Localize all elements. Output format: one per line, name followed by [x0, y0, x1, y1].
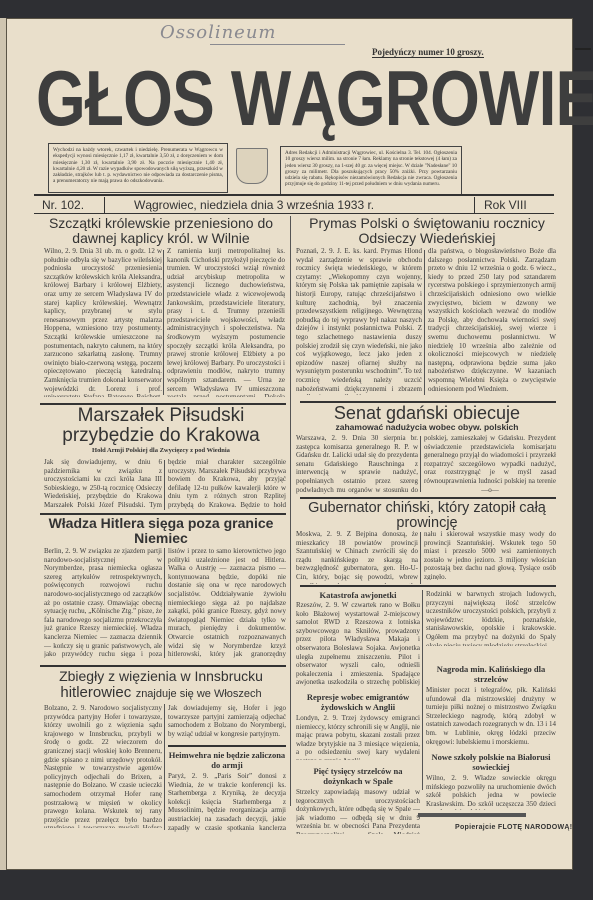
article-szczatki-col2: Z ramienia kurji metropolitalnej ks. kan… [167, 247, 285, 397]
article-hitler-col1: Berlin, 2. 9. W związku ze zjazdem partj… [44, 547, 162, 659]
issue-date: Wągrowiec, niedziela dnia 3 września 193… [134, 198, 374, 212]
date-bar: Nr. 102. Wągrowiec, niedziela dnia 3 wrz… [34, 197, 554, 213]
column-rule [424, 250, 425, 395]
headline-gubernator: Gubernator chiński, który zatopił całą p… [296, 501, 558, 531]
divider [34, 213, 554, 214]
page-marker [575, 48, 591, 50]
divider [104, 197, 105, 213]
headline-zbiegly-line1: Zbiegły z więzienia w Innsbrucku [36, 669, 286, 684]
headline-zbiegly-line2: hitlerowiec znajduje się we Włoszech [36, 685, 286, 702]
article-senat-col2: polskiej, zamieszkałej w Gdańsku. Prezyd… [424, 434, 556, 486]
article-end-mark: —o— [470, 486, 510, 495]
article-senat-col1: Warszawa, 2. 9. Dnia 30 sierpnia br. zas… [296, 434, 418, 494]
article-szkoly: Wilno, 2. 9. Władze sowieckie okręgu miń… [426, 774, 556, 810]
headline-senat: Senat gdański obiecuje [296, 404, 558, 423]
headline-szczatki: Szczątki królewskie przeniesiono do dawn… [36, 216, 286, 245]
headline-piec-tysiecy: Pięć tysięcy strzelców na dożynkach w Sp… [296, 766, 420, 786]
footer-slogan: Popierajcie FLOTĘ NARODOWĄ! [455, 824, 572, 831]
article-zbiegly-col2: Jak dowiadujemy się, Hofer i jego towarz… [168, 704, 286, 744]
article-katastrofa-col2: Rodzinki w barwnych strojach ludowych, p… [426, 590, 556, 646]
article-prymas-col1: Poznań, 2. 9. J. E. ks. kard. Prymas Hlo… [296, 247, 422, 395]
headline-pilsudski-line2: przybędzie do Krakowa [36, 426, 286, 446]
article-hitler-col2: listów i przez to samo kierownictwo jego… [168, 547, 286, 659]
issue-number: Nr. 102. [42, 198, 84, 212]
subheadline-senat: zahamować nadużycia wobec obyw. polskich [296, 423, 558, 432]
column-rule [164, 548, 165, 658]
article-szczatki-col1: Wilno, 2. 9. Dnia 31 ub. m. o godz. 12 w… [44, 247, 162, 397]
headline-heimwehra: Heimwehra nie będzie zaliczona do armji [168, 750, 286, 770]
handwritten-underline [210, 44, 345, 45]
subheadline-pilsudski: Hołd Armji Polskiej dla Zwycięzcy z pod … [36, 447, 286, 454]
headline-szkoly: Nowe szkoły polskie na Białorusi sowieck… [426, 752, 556, 772]
article-nagroda: Minister poczt i telegrafów, płk. Kalińs… [426, 686, 556, 746]
headline-katastrofa: Katastrofa awjonetki [296, 590, 420, 600]
article-katastrofa-col1: Rzeszów, 2. 9. W czwartek rano w Bołku k… [296, 601, 420, 686]
column-rule [163, 250, 164, 395]
divider [168, 745, 286, 747]
headline-nagroda: Nagroda min. Kalińskiego dla strzelców [426, 664, 556, 684]
headline-pilsudski-line1: Marszałek Piłsudski [36, 406, 286, 426]
article-heimwehra: Paryż, 2. 9. „Paris Soir” donosi z Wiedn… [168, 772, 286, 832]
handwritten-note: Ossolineum [160, 22, 277, 43]
column-rule [164, 704, 165, 830]
article-prymas-col2: dla państwa, o błogosławieństwo Boże dla… [428, 247, 556, 395]
article-gubernator-col2: nału i skierował wszystkie masy wody do … [424, 530, 556, 580]
masthead-title: GŁOS WĄGROWIECKI [36, 58, 462, 138]
article-pilsudski-col1: Jak się dowiadujemy, w dniu 6 październi… [44, 458, 162, 510]
divider [40, 665, 286, 667]
subscription-info-box: Wychodzi na każdy wtorek, czwartek i nie… [48, 143, 228, 193]
page-column-rule [290, 216, 291, 806]
coat-of-arms-icon [236, 148, 268, 184]
column-rule [420, 436, 421, 492]
headline-prymas: Prymas Polski o świętowaniu rocznicy Ods… [296, 216, 558, 245]
divider [300, 585, 556, 587]
column-rule [422, 590, 423, 790]
slogan-bar [418, 813, 526, 817]
column-rule [164, 460, 165, 510]
editorial-address-box: Adres Redakcji i Administracji Wągrowiec… [280, 146, 462, 196]
article-zbiegly-col1: Bolzano, 2. 9. Narodowo socjalistyczny p… [44, 704, 162, 828]
column-rule [420, 532, 421, 584]
article-pilsudski-col2: będzie miał charakter szczególnie uroczy… [168, 458, 286, 510]
headline-zbiegly-big: hitlerowiec [60, 684, 131, 701]
article-gubernator-col1: Moskwa, 2. 9. Z Bejpina donoszą, że mies… [296, 530, 418, 584]
divider [34, 194, 554, 196]
divider [300, 497, 556, 499]
headline-hitler: Władza Hitlera sięga poza granice Niemie… [36, 516, 286, 545]
volume-year: Rok VIII [484, 198, 527, 212]
article-represje: Londyn, 2. 9. Trzej żydowscy emigranci n… [296, 714, 420, 760]
divider [474, 197, 475, 213]
headline-represje: Represje wobec emigrantów żydowskich w A… [296, 692, 420, 712]
headline-zbiegly-small: znajduje się we Włoszech [136, 688, 262, 700]
article-piec-tysiecy: Strzelcy zapowiadają masowy udział w teg… [296, 788, 420, 834]
